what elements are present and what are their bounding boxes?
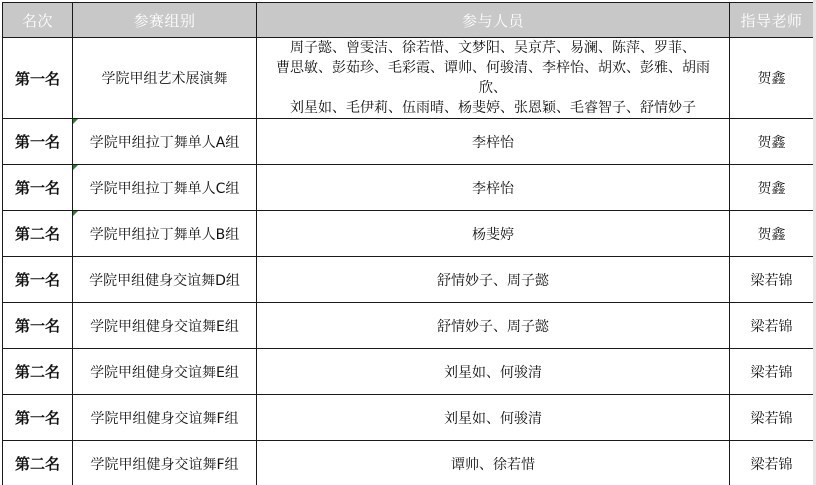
rank-cell: 第一名 xyxy=(3,165,73,211)
rank-cell: 第二名 xyxy=(3,349,73,395)
rank-cell: 第一名 xyxy=(3,257,73,303)
members-cell: 周子懿、曾雯洁、徐若惜、文梦阳、吴京芹、易澜、陈萍、罗菲、 曹思敏、彭茹珍、毛彩… xyxy=(257,38,730,119)
teacher-cell: 梁若锦 xyxy=(730,395,814,441)
header-members: 参与人员 xyxy=(257,3,730,38)
results-table-container: 名次 参赛组别 参与人员 指导老师 第一名 学院甲组艺术展演舞 周子懿、曾雯洁、… xyxy=(2,2,814,485)
members-line: 刘星如、毛伊莉、伍雨晴、杨斐婷、张恩颖、毛睿智子、舒情妙子 xyxy=(263,98,723,118)
cell-comment-flag-icon xyxy=(73,165,78,170)
members-cell: 舒情妙子、周子懿 xyxy=(257,257,730,303)
table-row: 第二名 学院甲组健身交谊舞E组 刘星如、何骏清 梁若锦 xyxy=(3,349,814,395)
category-text: 学院甲组拉丁舞单人B组 xyxy=(90,227,240,243)
members-line: 曹思敏、彭茹珍、毛彩霞、谭帅、何骏清、李梓怡、胡欢、彭雅、胡雨欣、 xyxy=(263,58,723,98)
table-row: 第一名 学院甲组健身交谊舞D组 舒情妙子、周子懿 梁若锦 xyxy=(3,257,814,303)
table-row: 第一名 学院甲组健身交谊舞E组 舒情妙子、周子懿 梁若锦 xyxy=(3,303,814,349)
members-cell: 舒情妙子、周子懿 xyxy=(257,303,730,349)
table-row: 第一名 学院甲组拉丁舞单人C组 李梓怡 贺鑫 xyxy=(3,165,814,211)
header-category: 参赛组别 xyxy=(73,3,257,38)
members-line: 周子懿、曾雯洁、徐若惜、文梦阳、吴京芹、易澜、陈萍、罗菲、 xyxy=(263,38,723,58)
header-rank: 名次 xyxy=(3,3,73,38)
rank-cell: 第二名 xyxy=(3,441,73,485)
teacher-cell: 贺鑫 xyxy=(730,211,814,257)
header-row: 名次 参赛组别 参与人员 指导老师 xyxy=(3,3,814,38)
table-row: 第一名 学院甲组拉丁舞单人A组 李梓怡 贺鑫 xyxy=(3,119,814,165)
teacher-cell: 梁若锦 xyxy=(730,349,814,395)
rank-cell: 第二名 xyxy=(3,211,73,257)
category-cell: 学院甲组艺术展演舞 xyxy=(73,38,257,119)
teacher-cell: 梁若锦 xyxy=(730,257,814,303)
rank-cell: 第一名 xyxy=(3,38,73,119)
header-teacher: 指导老师 xyxy=(730,3,814,38)
category-cell: 学院甲组健身交谊舞F组 xyxy=(73,441,257,485)
table-row: 第一名 学院甲组艺术展演舞 周子懿、曾雯洁、徐若惜、文梦阳、吴京芹、易澜、陈萍、… xyxy=(3,38,814,119)
members-cell: 杨斐婷 xyxy=(257,211,730,257)
table-row: 第一名 学院甲组健身交谊舞F组 刘星如、何骏清 梁若锦 xyxy=(3,395,814,441)
category-cell: 学院甲组健身交谊舞E组 xyxy=(73,303,257,349)
category-cell: 学院甲组健身交谊舞E组 xyxy=(73,349,257,395)
category-cell: 学院甲组健身交谊舞F组 xyxy=(73,395,257,441)
teacher-cell: 贺鑫 xyxy=(730,165,814,211)
rank-cell: 第一名 xyxy=(3,395,73,441)
category-cell: 学院甲组拉丁舞单人A组 xyxy=(73,119,257,165)
cell-comment-flag-icon xyxy=(73,119,78,124)
category-cell: 学院甲组拉丁舞单人B组 xyxy=(73,211,257,257)
rank-cell: 第一名 xyxy=(3,119,73,165)
table-row: 第二名 学院甲组拉丁舞单人B组 杨斐婷 贺鑫 xyxy=(3,211,814,257)
rank-cell: 第一名 xyxy=(3,303,73,349)
teacher-cell: 贺鑫 xyxy=(730,38,814,119)
results-table: 名次 参赛组别 参与人员 指导老师 第一名 学院甲组艺术展演舞 周子懿、曾雯洁、… xyxy=(2,2,814,485)
members-cell: 刘星如、何骏清 xyxy=(257,349,730,395)
category-text: 学院甲组拉丁舞单人A组 xyxy=(90,135,240,151)
teacher-cell: 梁若锦 xyxy=(730,303,814,349)
category-cell: 学院甲组健身交谊舞D组 xyxy=(73,257,257,303)
members-cell: 李梓怡 xyxy=(257,119,730,165)
members-cell: 刘星如、何骏清 xyxy=(257,395,730,441)
members-cell: 李梓怡 xyxy=(257,165,730,211)
teacher-cell: 梁若锦 xyxy=(730,441,814,485)
members-cell: 谭帅、徐若惜 xyxy=(257,441,730,485)
table-row: 第二名 学院甲组健身交谊舞F组 谭帅、徐若惜 梁若锦 xyxy=(3,441,814,485)
cell-comment-flag-icon xyxy=(73,211,78,216)
teacher-cell: 贺鑫 xyxy=(730,119,814,165)
category-text: 学院甲组拉丁舞单人C组 xyxy=(90,181,240,197)
category-cell: 学院甲组拉丁舞单人C组 xyxy=(73,165,257,211)
